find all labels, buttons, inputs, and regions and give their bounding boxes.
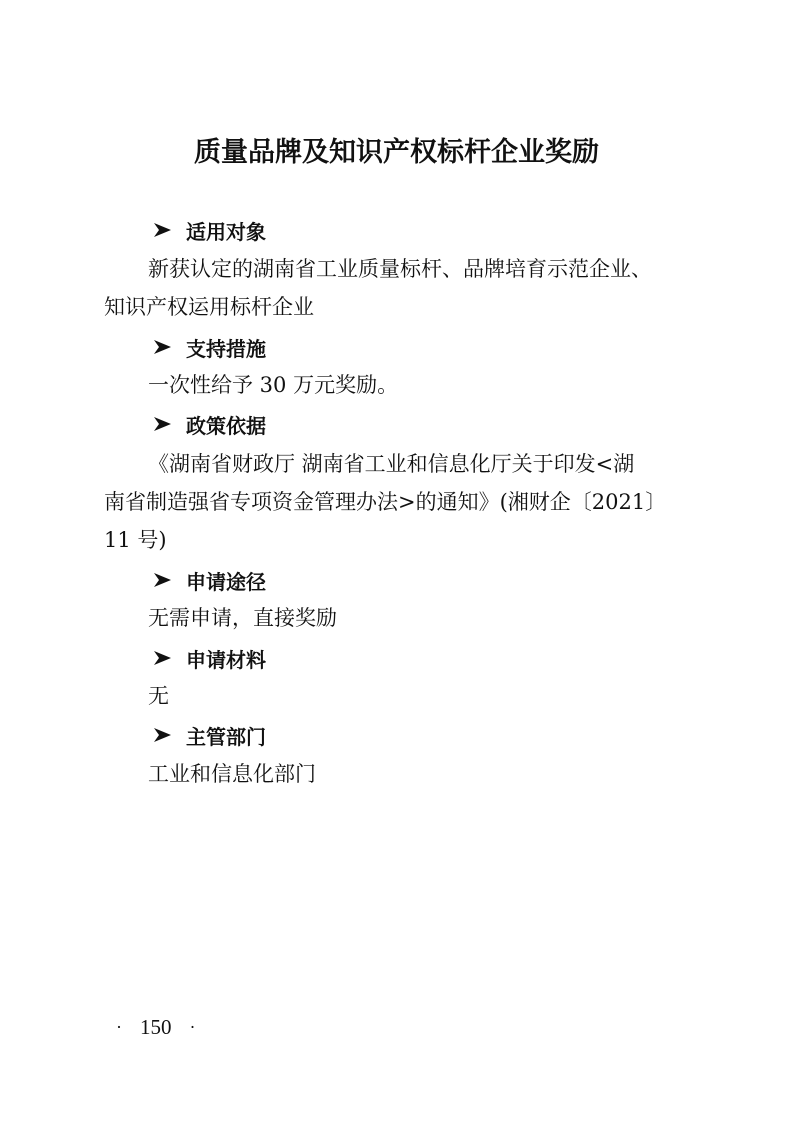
page-number-footer: · 150 · [116,1015,196,1040]
body-text-line: 南省制造强省专项资金管理办法>的通知》(湘财企〔2021〕 [104,487,666,517]
section-heading-applicable-targets: 适用对象 [150,216,266,244]
arrow-bullet-icon [150,416,174,432]
page-title: 质量品牌及知识产权标杆企业奖励 [0,130,793,169]
footer-dot-left: · [116,1017,122,1038]
arrow-bullet-icon [150,222,174,238]
heading-text: 主管部门 [186,721,266,750]
body-text-line: 一次性给予 30 万元奖励。 [148,370,398,400]
heading-text: 支持措施 [186,333,266,362]
arrow-bullet-icon [150,727,174,743]
heading-text: 申请途径 [186,566,266,595]
arrow-bullet-icon [150,650,174,666]
page-number: 150 [140,1015,172,1040]
body-text-line: 11 号) [104,525,167,555]
section-heading-application-channel: 申请途径 [150,566,266,594]
document-page: 质量品牌及知识产权标杆企业奖励 适用对象 新获认定的湖南省工业质量标杆、品牌培育… [0,0,793,1122]
body-text-line: 无 [148,681,169,711]
arrow-bullet-icon [150,339,174,355]
section-heading-application-materials: 申请材料 [150,644,266,672]
footer-dot-right: · [190,1017,196,1038]
body-text-line: 工业和信息化部门 [148,759,316,789]
section-heading-support-measures: 支持措施 [150,333,266,361]
body-text-line: 知识产权运用标杆企业 [104,292,314,322]
heading-text: 申请材料 [186,644,266,673]
body-text-line: 《湖南省财政厅 湖南省工业和信息化厅关于印发<湖 [148,449,634,479]
section-heading-competent-department: 主管部门 [150,721,266,749]
section-heading-policy-basis: 政策依据 [150,410,266,438]
body-text-line: 无需申请，直接奖励 [148,603,337,633]
arrow-bullet-icon [150,572,174,588]
heading-text: 适用对象 [186,216,266,245]
body-text-line: 新获认定的湖南省工业质量标杆、品牌培育示范企业、 [148,254,652,284]
heading-text: 政策依据 [186,410,266,439]
